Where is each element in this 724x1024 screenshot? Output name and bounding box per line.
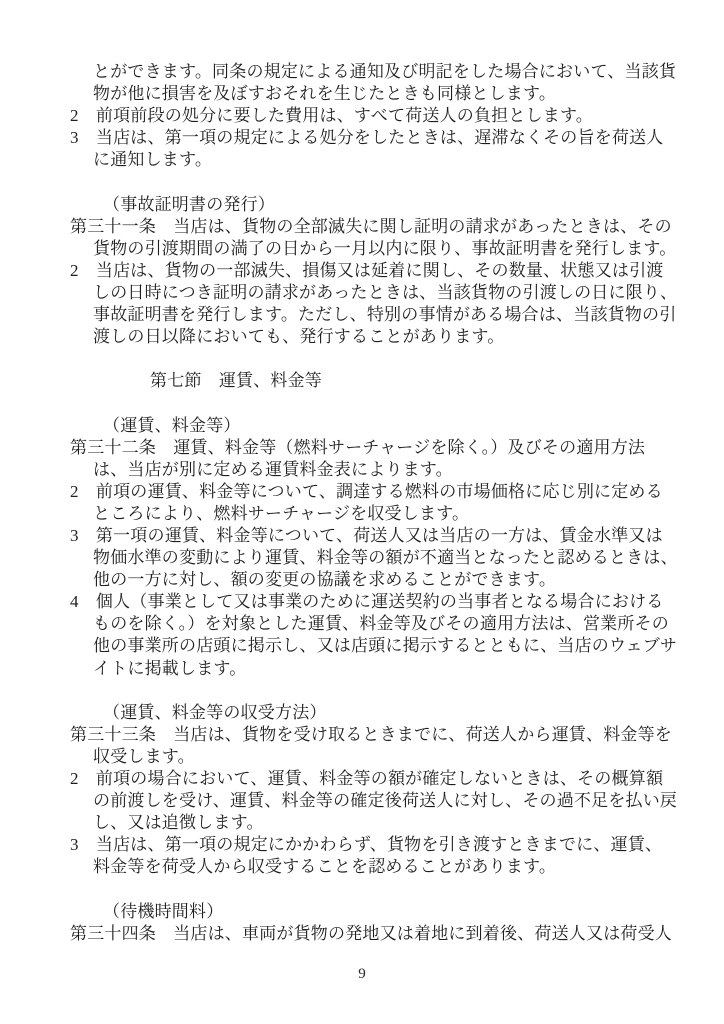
text-line: しの日時につき証明の請求があったときは、当該貨物の引渡しの日に限り、 [70, 282, 656, 304]
text-line: 事故証明書を発行します。ただし、特別の事情がある場合は、当該貨物の引 [70, 304, 656, 326]
text-line: 第三十四条 当店は、車両が貨物の発地又は着地に到着後、荷送人又は荷受人 [70, 923, 656, 945]
blank-line [70, 348, 656, 370]
text-line: 3 当店は、第一項の規定による処分をしたときは、遅滞なくその旨を荷送人 [70, 127, 656, 149]
text-line: 2 当店は、貨物の一部滅失、損傷又は延着に関し、その数量、状態又は引渡 [70, 260, 656, 282]
text-line: 物が他に損害を及ぼすおそれを生じたときも同様とします。 [70, 83, 656, 105]
page-number: 9 [0, 966, 724, 983]
text-line: とができます。同条の規定による通知及び明記をした場合において、当該貨 [70, 61, 656, 83]
text-line: 貨物の引渡期間の満了の日から一月以内に限り、事故証明書を発行します。 [70, 238, 656, 260]
text-line: （待機時間料） [70, 901, 656, 923]
text-line: 3 第一項の運賃、料金等について、荷送人又は当店の一方は、賃金水準又は [70, 525, 656, 547]
text-line: し、又は追徴します。 [70, 812, 656, 834]
text-line: 2 前項の場合において、運賃、料金等の額が確定しないときは、その概算額 [70, 768, 656, 790]
blank-line [70, 878, 656, 900]
text-line: 第三十一条 当店は、貨物の全部滅失に関し証明の請求があったときは、その [70, 216, 656, 238]
text-line: 収受します。 [70, 746, 656, 768]
text-line: ものを除く。）を対象とした運賃、料金等及びその適用方法は、営業所その [70, 613, 656, 635]
blank-line [70, 171, 656, 193]
blank-line [70, 680, 656, 702]
text-line: に通知します。 [70, 149, 656, 171]
text-line: （運賃、料金等の収受方法） [70, 702, 656, 724]
text-line: 第三十二条 運賃、料金等（燃料サーチャージを除く。）及びその適用方法 [70, 437, 656, 459]
text-line: （事故証明書の発行） [70, 194, 656, 216]
document-body: とができます。同条の規定による通知及び明記をした場合において、当該貨物が他に損害… [70, 61, 656, 945]
text-line: （運賃、料金等） [70, 415, 656, 437]
text-line: 4 個人（事業として又は事業のために運送契約の当事者となる場合における [70, 591, 656, 613]
text-line: 他の一方に対し、額の変更の協議を求めることができます。 [70, 569, 656, 591]
text-line: 第三十三条 当店は、貨物を受け取るときまでに、荷送人から運賃、料金等を [70, 724, 656, 746]
text-line: 3 当店は、第一項の規定にかかわらず、貨物を引き渡すときまでに、運賃、 [70, 834, 656, 856]
document-page: とができます。同条の規定による通知及び明記をした場合において、当該貨物が他に損害… [0, 0, 724, 1024]
text-line: 渡しの日以降においても、発行することがあります。 [70, 326, 656, 348]
text-line: は、当店が別に定める運賃料金表によります。 [70, 459, 656, 481]
text-line: イトに掲載します。 [70, 658, 656, 680]
text-line: 物価水準の変動により運賃、料金等の額が不適当となったと認めるときは、 [70, 547, 656, 569]
text-line: の前渡しを受け、運賃、料金等の確定後荷送人に対し、その過不足を払い戻 [70, 790, 656, 812]
text-line: 第七節 運賃、料金等 [70, 370, 656, 392]
text-line: 他の事業所の店頭に掲示し、又は店頭に掲示するとともに、当店のウェブサ [70, 635, 656, 657]
text-line: 2 前項の運賃、料金等について、調達する燃料の市場価格に応じ別に定める [70, 481, 656, 503]
blank-line [70, 392, 656, 414]
text-line: 2 前項前段の処分に要した費用は、すべて荷送人の負担とします。 [70, 105, 656, 127]
text-line: 料金等を荷受人から収受することを認めることがあります。 [70, 856, 656, 878]
text-line: ところにより、燃料サーチャージを収受します。 [70, 503, 656, 525]
